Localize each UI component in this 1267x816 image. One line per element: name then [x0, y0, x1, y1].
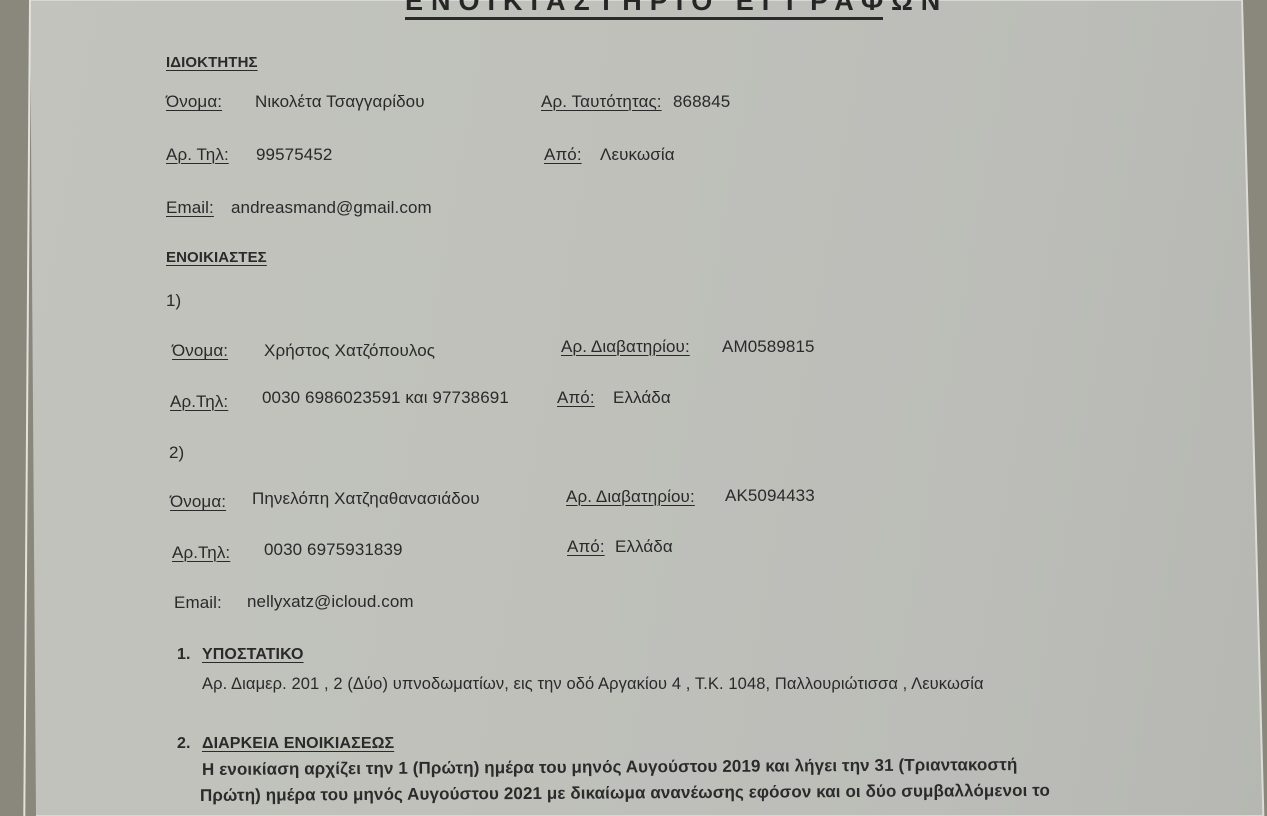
tenant-2-from-label: Από: [567, 537, 605, 557]
tenant-2-phone-label: Αρ.Τηλ: [172, 543, 230, 563]
owner-id-value: 868845 [673, 92, 730, 112]
title-underline [405, 17, 883, 20]
document-title: ΕΝΟΙΚΙΑΣΤΗΡΙΟ ΕΓΓΡΑΦΩΝ [405, 0, 948, 17]
tenants-heading: ΕΝΟΙΚΙΑΣΤΕΣ [166, 249, 267, 266]
section-1-heading: ΥΠΟΣΤΑΤΙΚΟ [202, 646, 304, 664]
tenant-1-name-value: Χρήστος Χατζόπουλος [264, 341, 435, 361]
tenant-1-from-value: Ελλάδα [613, 388, 671, 408]
tenant-2-phone-value: 0030 6975931839 [264, 540, 403, 560]
owner-email-label: Email: [166, 198, 214, 218]
tenant-2-name-label: Όνομα: [170, 492, 226, 512]
owner-email-value: andreasmand@gmail.com [231, 198, 432, 218]
owner-phone-value: 99575452 [256, 145, 332, 165]
tenant-2-email-value: nellyxatz@icloud.com [247, 592, 414, 612]
tenant-1-index: 1) [166, 291, 181, 311]
tenant-2-email-label: Email: [174, 593, 222, 613]
tenant-1-from-label: Από: [557, 388, 595, 408]
owner-from-label: Από: [544, 145, 582, 165]
owner-phone-label: Αρ. Τηλ: [166, 145, 229, 165]
section-2-number: 2. [177, 735, 191, 753]
tenant-1-passport-label: Αρ. Διαβατηρίου: [561, 337, 690, 357]
tenant-1-phone-value: 0030 6986023591 και 97738691 [262, 388, 509, 408]
page-edge-left [23, 0, 31, 816]
section-1-number: 1. [177, 646, 191, 664]
tenant-2-index: 2) [169, 443, 184, 463]
tenant-1-name-label: Όνομα: [172, 341, 228, 361]
tenant-1-passport-value: AM0589815 [722, 337, 815, 357]
tenant-2-passport-label: Αρ. Διαβατηρίου: [566, 487, 695, 507]
owner-id-label: Αρ. Ταυτότητας: [541, 92, 662, 112]
tenant-2-passport-value: AK5094433 [725, 486, 815, 506]
owner-from-value: Λευκωσία [600, 145, 675, 165]
section-2-heading: ΔΙΑΡΚΕΙΑ ΕΝΟΙΚΙΑΣΕΩΣ [202, 735, 394, 753]
tenant-1-phone-label: Αρ.Τηλ: [170, 392, 228, 412]
owner-heading: ΙΔΙΟΚΤΗΤΗΣ [166, 54, 258, 71]
tenant-2-name-value: Πηνελόπη Χατζηαθανασιάδου [252, 489, 480, 509]
owner-name-label: Όνομα: [166, 92, 222, 112]
section-1-text: Αρ. Διαμερ. 201 , 2 (Δύο) υπνοδωματίων, … [202, 675, 984, 694]
tenant-2-from-value: Ελλάδα [615, 537, 673, 557]
owner-name-value: Νικολέτα Τσαγγαρίδου [255, 92, 425, 112]
